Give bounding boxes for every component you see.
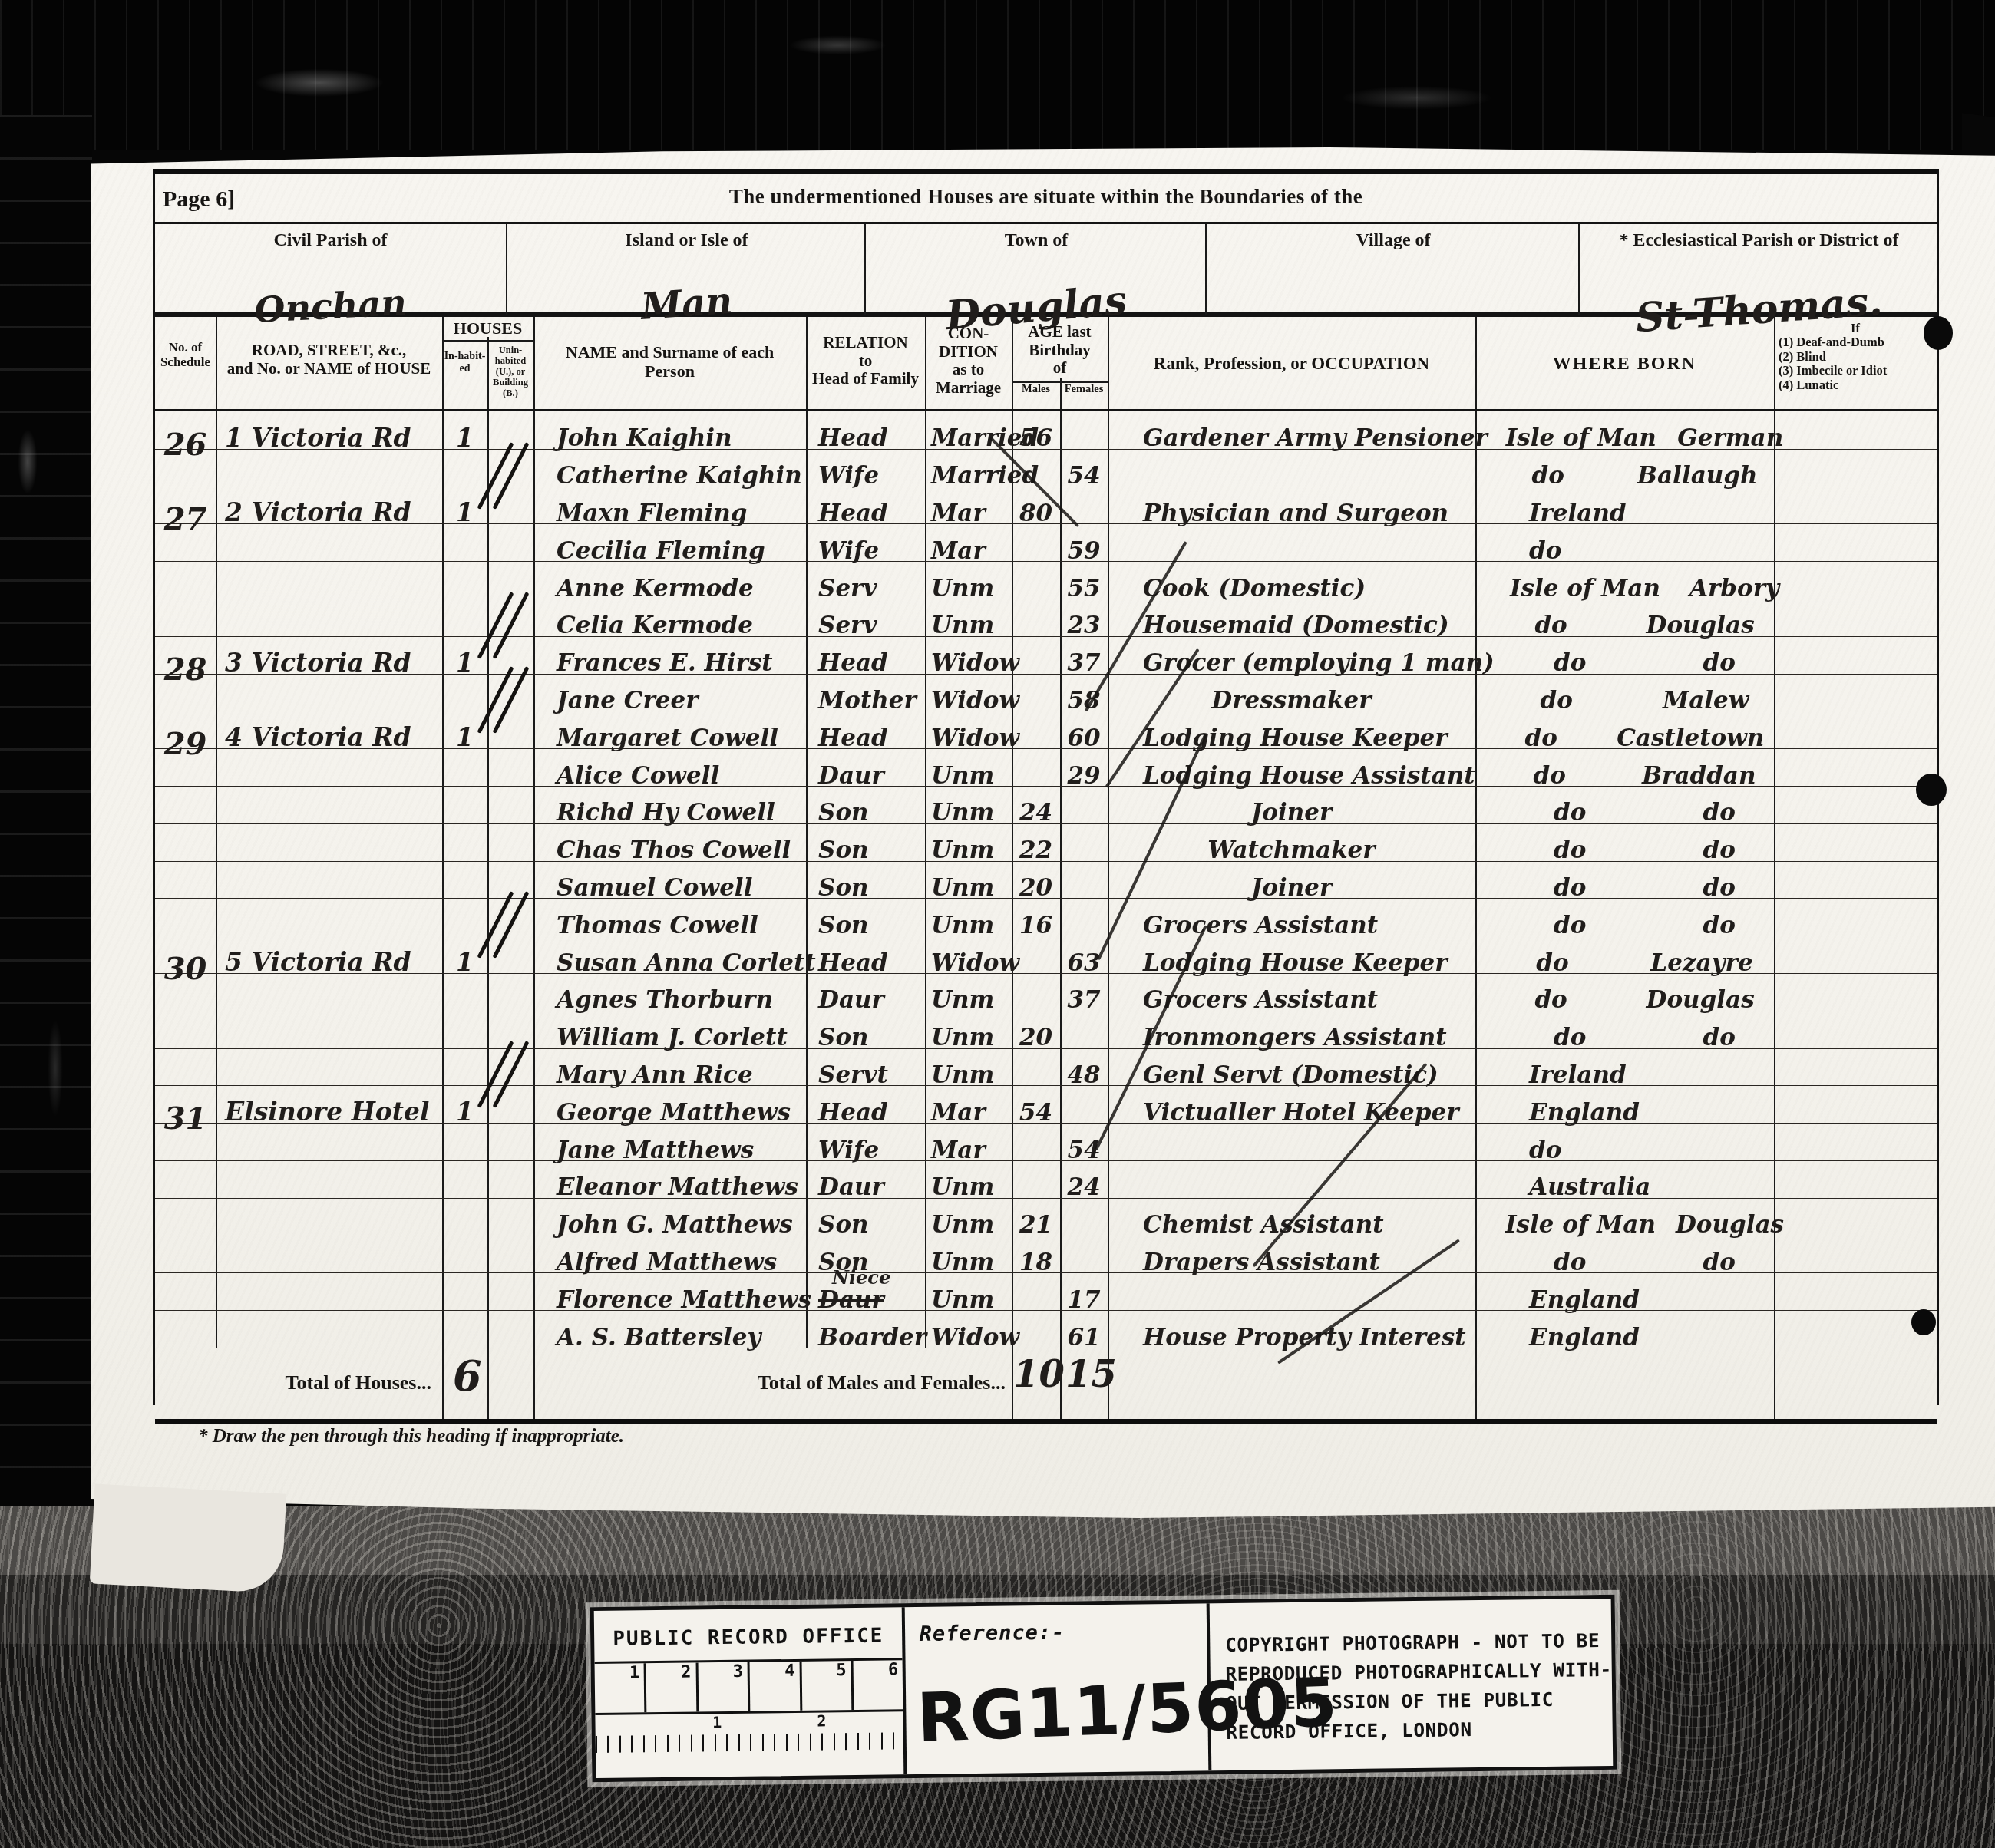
cell-road — [216, 523, 451, 561]
cell-name: Agnes Thorburn — [533, 973, 829, 1011]
cell-occupation — [1108, 523, 1511, 561]
cell-age_female: 24 — [1060, 1160, 1108, 1198]
census-row: 261 Victoria Rd1John KaighinHeadMarried5… — [155, 411, 1937, 450]
cm-mark: 2 — [817, 1711, 826, 1730]
census-row: Richd Hy CowellSonUnm24Joinerdodo — [155, 786, 1937, 824]
cell-road: 1 Victoria Rd — [216, 411, 451, 449]
island-label: Island or Isle of — [507, 230, 866, 251]
total-females-value: 15 — [1065, 1353, 1117, 1396]
cell-road — [216, 1048, 451, 1086]
cell-condition: Unm — [925, 1160, 1018, 1198]
census-rows-area: 261 Victoria Rd1John KaighinHeadMarried5… — [155, 411, 1937, 1348]
cell-road — [216, 1310, 451, 1348]
cell-relation: Son — [806, 898, 937, 936]
cell-condition: Married — [925, 411, 1018, 449]
cell-road — [216, 898, 451, 936]
cell-occupation: Joiner — [1108, 861, 1475, 899]
cell-name: Maxn Fleming — [533, 487, 829, 524]
cell-condition: Widow — [925, 636, 1018, 674]
header-age-group: AGE lastBirthdayof Males Females — [1012, 317, 1108, 415]
census-row: William J. CorlettSonUnm20Ironmongers As… — [155, 1011, 1937, 1049]
cell-name: Eleanor Matthews — [533, 1160, 829, 1198]
cell-name: Celia Kermode — [533, 599, 829, 636]
cell-condition: Mar — [925, 487, 1018, 524]
cell-age_male: 80 — [1012, 487, 1060, 524]
cell-age_male: 56 — [1012, 411, 1060, 449]
census-row: 31Elsinore Hotel1George MatthewsHeadMar5… — [155, 1085, 1937, 1124]
field-village: Village of — [1205, 224, 1580, 315]
cell-relation: Son — [806, 861, 937, 899]
cell-condition: Mar — [925, 523, 1018, 561]
cell-disability — [1774, 973, 1937, 1011]
reference-value: RG11/5605 — [916, 1662, 1339, 1757]
paper-bottom-corner — [90, 1484, 286, 1594]
cell-born: doLezayre — [1475, 936, 1814, 973]
cell-disability — [1774, 1198, 1937, 1236]
cell-age_male — [1012, 1160, 1060, 1198]
ruler-centimetres: 12 — [595, 1709, 903, 1753]
census-row: 283 Victoria Rd1Frances E. HirstHeadWido… — [155, 636, 1937, 675]
census-row: Celia KermodeServUnm23Housemaid (Domesti… — [155, 599, 1937, 637]
cell-inhabited — [442, 1048, 487, 1086]
cell-occupation: Physician and Surgeon — [1108, 487, 1511, 524]
cell-inhabited — [442, 861, 487, 899]
cell-road: 4 Victoria Rd — [216, 711, 451, 748]
cell-occupation: Joiner — [1108, 786, 1475, 823]
cell-condition: Unm — [925, 861, 1018, 899]
cell-name: John G. Matthews — [533, 1198, 829, 1236]
census-form: Page 6] The undermentioned Houses are si… — [153, 169, 1939, 1405]
cell-uninhabited — [487, 1272, 533, 1310]
cell-age_female — [1060, 1236, 1108, 1273]
cell-relation: Wife — [806, 449, 937, 487]
header-females: Females — [1060, 383, 1108, 396]
census-row: Mary Ann RiceServtUnm48Genl Servt (Domes… — [155, 1048, 1937, 1087]
cell-name: Frances E. Hirst — [533, 636, 829, 674]
cell-disability — [1774, 1272, 1937, 1310]
cell-condition: Unm — [925, 823, 1018, 861]
cell-occupation — [1108, 1160, 1511, 1198]
total-males-females-label: Total of Males and Females... — [585, 1371, 1006, 1394]
cell-inhabited — [442, 1160, 487, 1198]
cell-age_male: 21 — [1012, 1198, 1060, 1236]
cell-age_male — [1012, 599, 1060, 636]
cell-uninhabited — [487, 748, 533, 786]
cell-born: Isle of ManDouglas — [1475, 1198, 1814, 1236]
punch-hole — [1916, 774, 1947, 806]
cell-disability — [1774, 599, 1937, 636]
cell-relation: Boarder — [806, 1310, 937, 1348]
cell-born: dodo — [1475, 786, 1814, 823]
cell-condition: Unm — [925, 561, 1018, 599]
cell-age_female: 61 — [1060, 1310, 1108, 1348]
cell-born: doBraddan — [1475, 748, 1814, 786]
ruler-inches: 123456 — [595, 1658, 903, 1715]
cell-inhabited — [442, 561, 487, 599]
cell-name: John Kaighin — [533, 411, 829, 449]
cell-relation: Wife — [806, 523, 937, 561]
cell-inhabited — [442, 674, 487, 711]
cell-age_male: 24 — [1012, 786, 1060, 823]
cell-occupation: Victualler Hotel Keeper — [1108, 1085, 1511, 1123]
cell-age_female — [1060, 823, 1108, 861]
cell-name: Jane Matthews — [533, 1123, 829, 1160]
cell-road — [216, 1160, 451, 1198]
cell-age_male — [1012, 523, 1060, 561]
cell-age_male — [1012, 674, 1060, 711]
cell-disability — [1774, 1085, 1937, 1123]
cell-disability — [1774, 1236, 1937, 1273]
cell-road — [216, 1236, 451, 1273]
field-civil-parish: Civil Parish of Onchan — [155, 224, 506, 315]
cell-name: Thomas Cowell — [533, 898, 829, 936]
cell-condition: Unm — [925, 599, 1018, 636]
census-row: Jane MatthewsWifeMar54do — [155, 1123, 1937, 1161]
cell-age_female: 23 — [1060, 599, 1108, 636]
cell-disability — [1774, 449, 1937, 487]
cell-road — [216, 786, 451, 823]
cell-name: Mary Ann Rice — [533, 1048, 829, 1086]
cell-age_male — [1012, 711, 1060, 748]
cell-uninhabited — [487, 786, 533, 823]
village-label: Village of — [1207, 230, 1580, 251]
cell-occupation — [1108, 449, 1511, 487]
cell-uninhabited — [487, 823, 533, 861]
total-houses-value: 6 — [453, 1351, 482, 1401]
cell-road — [216, 674, 451, 711]
inch-mark: 6 — [854, 1660, 903, 1710]
cell-road — [216, 861, 451, 899]
cell-name: Catherine Kaighin — [533, 449, 829, 487]
copyright-line: COPYRIGHT PHOTOGRAPH - NOT TO BE — [1225, 1626, 1612, 1660]
cell-condition: Widow — [925, 674, 1018, 711]
cell-born: doDouglas — [1475, 599, 1814, 636]
cell-inhabited: 1 — [442, 411, 487, 449]
cell-relation: Head — [806, 411, 937, 449]
cell-age_female — [1060, 1085, 1108, 1123]
cell-road — [216, 1272, 451, 1310]
cell-disability — [1774, 523, 1937, 561]
cell-road — [216, 561, 451, 599]
cell-disability — [1774, 711, 1937, 748]
census-row: Anne KermodeServUnm55Cook (Domestic)Isle… — [155, 561, 1937, 599]
town-label: Town of — [866, 230, 1207, 251]
cell-age_male — [1012, 973, 1060, 1011]
cell-age_female: 37 — [1060, 973, 1108, 1011]
cell-age_female — [1060, 898, 1108, 936]
cell-age_female: 17 — [1060, 1272, 1108, 1310]
cell-inhabited — [442, 599, 487, 636]
cell-relation: Daur — [806, 973, 937, 1011]
cell-road — [216, 599, 451, 636]
cell-age_female: 54 — [1060, 449, 1108, 487]
cell-relation: Head — [806, 487, 937, 524]
cell-born: doCastletown — [1475, 711, 1814, 748]
census-row: A. S. BattersleyBoarderWidow61House Prop… — [155, 1310, 1937, 1348]
cell-age_male — [1012, 1310, 1060, 1348]
reference-label: Reference:- — [919, 1621, 1065, 1646]
cell-occupation: Gardener Army Pensioner — [1108, 411, 1511, 449]
stamp-ruler-section: PUBLIC RECORD OFFICE 123456 12 — [594, 1607, 907, 1778]
cell-age_male: 20 — [1012, 1011, 1060, 1048]
cell-inhabited — [442, 1011, 487, 1048]
cell-name: Richd Hy Cowell — [533, 786, 829, 823]
census-row: Alice CowellDaurUnm29Lodging House Assis… — [155, 748, 1937, 787]
public-record-office-stamp: PUBLIC RECORD OFFICE 123456 12 Reference… — [590, 1595, 1617, 1782]
cell-name: William J. Corlett — [533, 1011, 829, 1048]
cell-road — [216, 1011, 451, 1048]
cell-age_female: 59 — [1060, 523, 1108, 561]
cell-age_female — [1060, 861, 1108, 899]
cell-disability — [1774, 1048, 1937, 1086]
cell-born: Isle of ManGerman — [1475, 411, 1814, 449]
cell-disability — [1774, 898, 1937, 936]
header-relation: RELATIONtoHead of Family — [806, 317, 925, 426]
cell-road — [216, 823, 451, 861]
cell-road: 2 Victoria Rd — [216, 487, 451, 524]
cell-relation: Daur — [806, 1160, 937, 1198]
cell-age_male: 22 — [1012, 823, 1060, 861]
cell-inhabited — [442, 449, 487, 487]
total-males-value: 10 — [1013, 1353, 1065, 1396]
cell-condition: Unm — [925, 1011, 1018, 1048]
cell-occupation: Dressmaker — [1108, 674, 1475, 711]
cell-inhabited — [442, 748, 487, 786]
punch-hole — [1911, 1309, 1936, 1335]
cell-name: Margaret Cowell — [533, 711, 829, 748]
cell-age_female: 29 — [1060, 748, 1108, 786]
cell-name: Florence Matthews — [533, 1272, 829, 1310]
cell-inhabited — [442, 786, 487, 823]
cell-relation: Wife — [806, 1123, 937, 1160]
cell-uninhabited — [487, 1198, 533, 1236]
cell-disability — [1774, 748, 1937, 786]
cell-occupation — [1108, 1123, 1511, 1160]
census-row: Cecilia FlemingWifeMar59do — [155, 523, 1937, 562]
cell-born: dodo — [1475, 1236, 1814, 1273]
cell-disability — [1774, 487, 1937, 524]
form-title: The undermentioned Houses are situate wi… — [155, 185, 1937, 209]
census-row: Jane CreerMotherWidow58DressmakerdoMalew — [155, 674, 1937, 712]
location-header-row: Civil Parish of Onchan Island or Isle of… — [155, 224, 1937, 317]
cell-disability — [1774, 1160, 1937, 1198]
cell-age_female — [1060, 487, 1108, 524]
cell-name: Alfred Matthews — [533, 1236, 829, 1273]
cell-uninhabited — [487, 1123, 533, 1160]
cell-condition: Married — [925, 449, 1018, 487]
column-header-row: No. ofSchedule ROAD, STREET, &c.,and No.… — [155, 317, 1937, 411]
cell-age_female: 58 — [1060, 674, 1108, 711]
cell-occupation: Watchmaker — [1108, 823, 1475, 861]
cell-name: Chas Thos Cowell — [533, 823, 829, 861]
cell-road: 5 Victoria Rd — [216, 936, 451, 973]
ecclesiastical-parish-label: * Ecclesiastical Parish or District of — [1580, 230, 1938, 251]
cell-occupation: Chemist Assistant — [1108, 1198, 1511, 1236]
cell-relation: Daur — [806, 748, 937, 786]
cell-road: 3 Victoria Rd — [216, 636, 451, 674]
header-condition: CON-DITIONas toMarriage — [925, 317, 1012, 417]
cell-inhabited — [442, 973, 487, 1011]
header-uninhabited: Unin-habited (U.), or Building (B.) — [488, 340, 533, 398]
cell-disability — [1774, 786, 1937, 823]
cell-disability — [1774, 1011, 1937, 1048]
cell-road — [216, 748, 451, 786]
census-row: Eleanor MatthewsDaurUnm24Australia — [155, 1160, 1937, 1199]
cell-occupation: Drapers Assistant — [1108, 1236, 1511, 1273]
cell-age_female — [1060, 1198, 1108, 1236]
cell-condition: Unm — [925, 898, 1018, 936]
cell-occupation: Cook (Domestic) — [1108, 561, 1511, 599]
cell-name: Anne Kermode — [533, 561, 829, 599]
cell-age_male — [1012, 636, 1060, 674]
cell-occupation: Housemaid (Domestic) — [1108, 599, 1511, 636]
header-inhabited: In-habit-ed — [442, 340, 487, 375]
cell-road — [216, 1123, 451, 1160]
cell-age_male — [1012, 1123, 1060, 1160]
cell-age_male: 20 — [1012, 861, 1060, 899]
totals-row: Total of Houses... 6 Total of Males and … — [155, 1348, 1937, 1424]
cell-name: Susan Anna Corlett — [533, 936, 829, 973]
cell-occupation: Genl Servt (Domestic) — [1108, 1048, 1511, 1086]
cell-uninhabited — [487, 1310, 533, 1348]
cell-name: Cecilia Fleming — [533, 523, 829, 561]
stamp-office-title: PUBLIC RECORD OFFICE — [594, 1624, 903, 1651]
field-island: Island or Isle of Man — [506, 224, 866, 315]
cell-condition: Widow — [925, 1310, 1018, 1348]
cell-relation: Son — [806, 1011, 937, 1048]
cell-age_male: 18 — [1012, 1236, 1060, 1273]
cell-road — [216, 1198, 451, 1236]
cell-disability — [1774, 823, 1937, 861]
cell-road — [216, 973, 451, 1011]
cell-age_female: 55 — [1060, 561, 1108, 599]
cell-relation: Serv — [806, 561, 937, 599]
cell-born: Isle of ManArbory — [1475, 561, 1814, 599]
cell-relation: NieceDaur — [806, 1272, 937, 1310]
inch-mark: 4 — [750, 1662, 802, 1711]
cell-relation: Head — [806, 636, 937, 674]
cell-born: dodo — [1475, 823, 1814, 861]
cell-age_female — [1060, 411, 1108, 449]
punch-hole — [1924, 316, 1953, 350]
cell-inhabited — [442, 1272, 487, 1310]
inch-mark: 1 — [595, 1663, 647, 1713]
census-row: Agnes ThorburnDaurUnm37Grocers Assistant… — [155, 973, 1937, 1011]
cell-uninhabited — [487, 523, 533, 561]
header-disability: If (1) Deaf-and-Dumb (2) Blind (3) Imbec… — [1774, 317, 1937, 414]
cell-disability — [1774, 561, 1937, 599]
cell-occupation: Grocer (employing 1 man) — [1108, 636, 1511, 674]
cell-age_male: 16 — [1012, 898, 1060, 936]
cell-name: Jane Creer — [533, 674, 829, 711]
census-scan-page: { "page_header": { "page_label": "Page 6… — [0, 0, 1995, 1848]
stamp-reference-section: Reference:- RG11/5605 — [905, 1603, 1211, 1774]
header-houses-group: HOUSES In-habit-ed Unin-habited (U.), or… — [442, 317, 533, 409]
cell-age_female — [1060, 786, 1108, 823]
cell-name: Alice Cowell — [533, 748, 829, 786]
cell-condition: Unm — [925, 1048, 1018, 1086]
cell-uninhabited — [487, 1236, 533, 1273]
cm-mark: 1 — [712, 1713, 722, 1731]
cell-age_male — [1012, 748, 1060, 786]
cell-inhabited — [442, 898, 487, 936]
cell-relation: Son — [806, 823, 937, 861]
cell-inhabited — [442, 1123, 487, 1160]
cell-condition: Mar — [925, 1085, 1018, 1123]
cell-relation: Servt — [806, 1048, 937, 1086]
cell-occupation: Ironmongers Assistant — [1108, 1011, 1511, 1048]
census-row: Samuel CowellSonUnm20Joinerdodo — [155, 861, 1937, 899]
cell-born: doDouglas — [1475, 973, 1814, 1011]
cell-condition: Widow — [925, 711, 1018, 748]
cell-road — [216, 449, 451, 487]
cell-born: dodo — [1475, 861, 1814, 899]
cell-age_male: 54 — [1012, 1085, 1060, 1123]
scan-dark-band-top — [0, 0, 1995, 150]
cell-condition: Unm — [925, 1198, 1018, 1236]
cell-inhabited — [442, 1198, 487, 1236]
inch-mark: 3 — [698, 1662, 750, 1712]
field-ecclesiastical-parish: * Ecclesiastical Parish or District of S… — [1578, 224, 1938, 315]
cell-inhabited — [442, 523, 487, 561]
cell-disability — [1774, 636, 1937, 674]
cell-condition: Unm — [925, 748, 1018, 786]
form-title-row: Page 6] The undermentioned Houses are si… — [155, 174, 1937, 224]
cell-relation: Head — [806, 936, 937, 973]
cell-inhabited — [442, 1310, 487, 1348]
census-row: John G. MatthewsSonUnm21Chemist Assistan… — [155, 1198, 1937, 1236]
cell-name: George Matthews — [533, 1085, 829, 1123]
census-row: Alfred MatthewsSonUnm18Drapers Assistant… — [155, 1236, 1937, 1274]
cell-condition: Mar — [925, 1123, 1018, 1160]
cell-relation: Son — [806, 1198, 937, 1236]
cell-condition: Widow — [925, 936, 1018, 973]
census-row: Thomas CowellSonUnm16Grocers Assistantdo… — [155, 898, 1937, 936]
census-form-paper: Page 6] The undermentioned Houses are si… — [91, 147, 1995, 1518]
cell-relation: Head — [806, 1085, 937, 1123]
cell-born: doMalew — [1475, 674, 1814, 711]
cell-occupation — [1108, 1272, 1511, 1310]
cell-age_female: 60 — [1060, 711, 1108, 748]
cell-name: Samuel Cowell — [533, 861, 829, 899]
census-row: 294 Victoria Rd1Margaret CowellHeadWidow… — [155, 711, 1937, 749]
cell-age_male — [1012, 936, 1060, 973]
cell-inhabited — [442, 1236, 487, 1273]
cell-uninhabited — [487, 1160, 533, 1198]
cell-condition: Unm — [925, 1272, 1018, 1310]
civil-parish-label: Civil Parish of — [155, 230, 506, 251]
cell-condition: Unm — [925, 1236, 1018, 1273]
cell-age_female — [1060, 1011, 1108, 1048]
field-town: Town of Douglas — [864, 224, 1207, 315]
census-row: Florence MatthewsNieceDaurUnm17England — [155, 1272, 1937, 1311]
cell-born: dodo — [1475, 636, 1814, 674]
cell-relation: Head — [806, 711, 937, 748]
cell-occupation: Lodging House Keeper — [1108, 711, 1511, 748]
cell-name: A. S. Battersley — [533, 1310, 829, 1348]
cell-disability — [1774, 674, 1937, 711]
inch-mark: 5 — [801, 1661, 854, 1711]
cell-condition: Unm — [925, 786, 1018, 823]
cell-age_female: 37 — [1060, 636, 1108, 674]
cell-age_male — [1012, 561, 1060, 599]
census-row: 305 Victoria Rd1Susan Anna CorlettHeadWi… — [155, 936, 1937, 974]
form-footnote: * Draw the pen through this heading if i… — [198, 1426, 624, 1447]
cell-born: dodo — [1475, 898, 1814, 936]
census-row: Chas Thos CowellSonUnm22Watchmakerdodo — [155, 823, 1937, 862]
cell-relation: Serv — [806, 599, 937, 636]
header-males: Males — [1012, 383, 1060, 396]
